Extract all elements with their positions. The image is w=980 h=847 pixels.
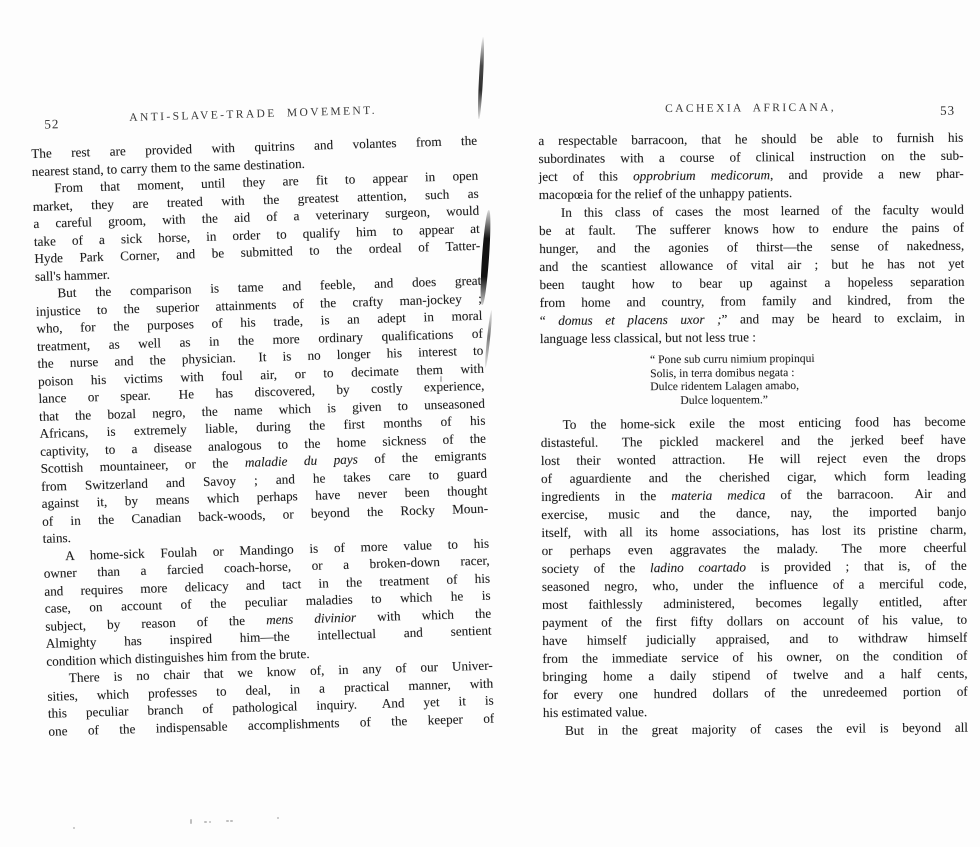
paragraph: There is no chair that we know of, in an… (47, 657, 495, 740)
paragraph: a respectable barracoon, that he should … (538, 129, 964, 204)
left-page-header: 52 ANTI-SLAVE-TRADE MOVEMENT. (30, 99, 476, 134)
paragraph: But the comparison is tame and feeble, a… (35, 272, 489, 548)
right-running-head: CACHEXIA AFRICANA, (538, 98, 963, 116)
right-page-number: 53 (940, 103, 955, 119)
paragraph: A home-sick Foulah or Mandingo is of mor… (43, 534, 492, 670)
paragraph: But in the great majority of cases the e… (543, 719, 968, 740)
right-page-body-lower: To the home-sick exile the most enticing… (540, 413, 968, 740)
left-page-body: The rest are provided with quitrins and … (31, 132, 494, 740)
text-line: language less classical, but not less tr… (540, 327, 965, 348)
binding-shadow-mark-top (477, 37, 485, 119)
text-line: ject of this opprobrium medicorum, and p… (539, 165, 964, 186)
scan-speck (204, 821, 207, 823)
right-page: CACHEXIA AFRICANA, 53 a respectable barr… (538, 98, 968, 741)
paragraph: In this class of cases the most learned … (539, 201, 965, 348)
left-running-head: ANTI-SLAVE-TRADE MOVEMENT. (30, 99, 476, 127)
scan-speck (277, 817, 279, 819)
scan-speck (209, 821, 211, 823)
binding-shadow-mark-lower (484, 310, 493, 368)
text-line: for every one hundred dollars of the unr… (543, 683, 968, 704)
scan-speck (441, 386, 443, 391)
right-page-header: CACHEXIA AFRICANA, 53 (538, 98, 963, 123)
text-line: But in the great majority of cases the e… (543, 719, 968, 740)
latin-verse-quote: “ Pone sub curru nimium propinquiSolis, … (650, 351, 965, 408)
scan-speck (73, 827, 75, 829)
text-line: “ domus et placens uxor ;” and may be he… (540, 309, 965, 330)
left-page: 52 ANTI-SLAVE-TRADE MOVEMENT. The rest a… (30, 99, 494, 740)
verse-line: Dulce loquentem.” (680, 391, 965, 407)
scan-speck (440, 376, 442, 382)
scan-speck (226, 820, 229, 822)
paragraph: From that moment, until they are fit to … (32, 167, 481, 285)
right-page-body-upper: a respectable barracoon, that he should … (538, 129, 965, 348)
left-page-number: 52 (44, 116, 59, 132)
scan-speck (190, 819, 192, 824)
binding-shadow-mark-middle (479, 210, 492, 305)
scan-speck (230, 820, 233, 822)
paragraph: To the home-sick exile the most enticing… (540, 413, 967, 722)
